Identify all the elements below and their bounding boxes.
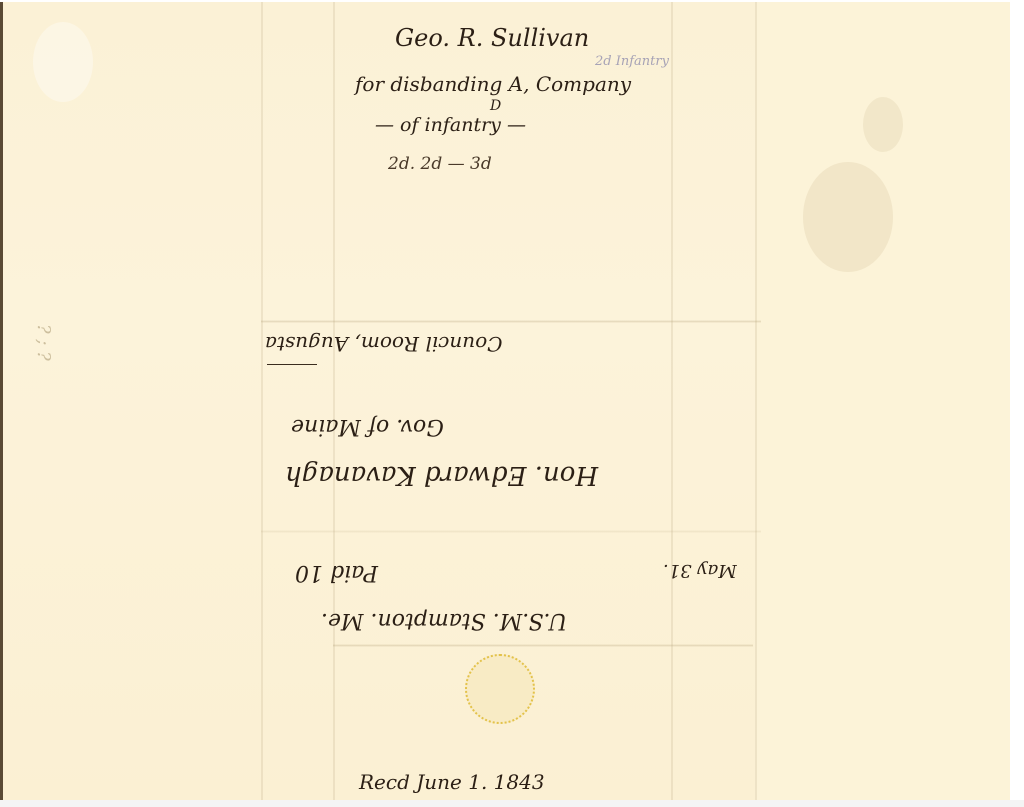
fold-line-horizontal bbox=[261, 530, 761, 533]
fold-line-vertical bbox=[261, 2, 263, 800]
received-note: Recd June 1. 1843 bbox=[359, 770, 545, 794]
water-stain bbox=[803, 162, 893, 272]
postmark-town: U.S.M. Stampton. Me. bbox=[321, 608, 567, 633]
scan-background-bottom bbox=[0, 800, 1024, 807]
docket-numbers: 2d. 2d — 3d bbox=[388, 154, 492, 174]
docket-subject: for disbanding A, Company bbox=[355, 72, 631, 96]
fold-line-vertical bbox=[333, 2, 335, 800]
underline bbox=[267, 364, 317, 365]
insertion-caret: D bbox=[490, 98, 501, 114]
address-title: Gov. of Maine bbox=[291, 414, 444, 439]
address-recipient: Hon. Edward Kavanagh bbox=[285, 460, 598, 490]
scan-background-right bbox=[1010, 0, 1024, 807]
postmark-date: May 31. bbox=[663, 560, 737, 581]
margin-pencil-marks: ? ; ? bbox=[33, 324, 54, 361]
address-courtesy: Council Room, Augusta bbox=[265, 332, 503, 356]
fold-line-horizontal bbox=[333, 644, 753, 647]
docket-subject-cont: — of infantry — bbox=[375, 114, 526, 136]
light-patch bbox=[33, 22, 93, 102]
pencil-insertion: 2d Infantry bbox=[595, 54, 669, 69]
letter-paper: Geo. R. Sullivan 2d Infantry for disband… bbox=[0, 2, 1010, 800]
wax-seal-remnant bbox=[465, 654, 535, 724]
water-stain bbox=[863, 97, 903, 152]
docket-name: Geo. R. Sullivan bbox=[395, 24, 589, 52]
fold-line-vertical bbox=[755, 2, 757, 800]
postmark-paid: Paid 10 bbox=[295, 560, 378, 585]
fold-line-horizontal bbox=[261, 320, 761, 323]
fold-line-vertical bbox=[671, 2, 673, 800]
